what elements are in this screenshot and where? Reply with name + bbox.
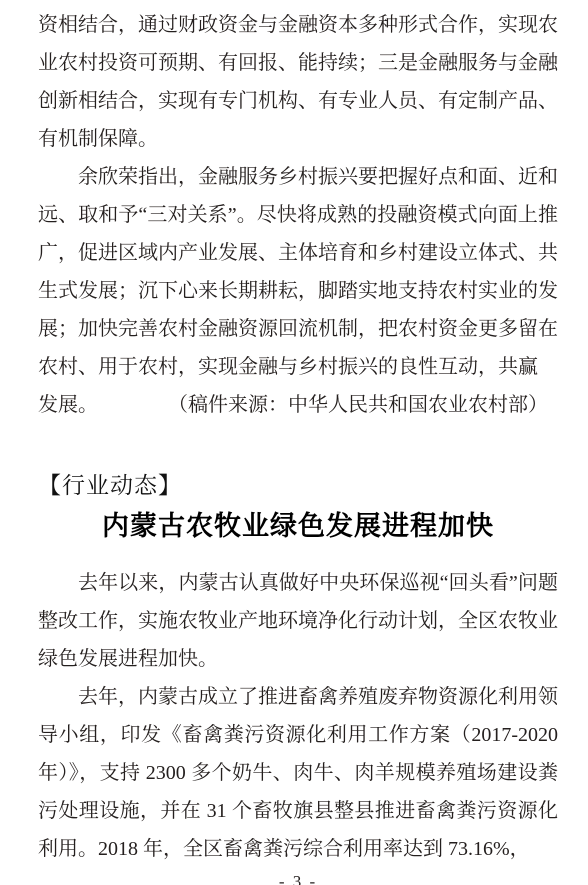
paragraph-manure-utilization-details: 去年，内蒙古成立了推进畜禽养殖废弃物资源化利用领导小组，印发《畜禽粪污资源化利用… [38, 678, 558, 868]
paragraph-last-line: 发展。 （稿件来源：中华人民共和国农业农村部） [38, 386, 558, 424]
page-number: - 3 - [38, 872, 558, 885]
section-industry-news: 【行业动态】 内蒙古农牧业绿色发展进程加快 去年以来，内蒙古认真做好中央环保巡视… [38, 466, 558, 868]
paragraph-tail-text: 发展。 [38, 386, 98, 424]
document-page: 资相结合，通过财政资金与金融资本多种形式合作，实现农业农村投资可预期、有回报、能… [0, 0, 588, 885]
article-title: 内蒙古农牧业绿色发展进程加快 [38, 506, 558, 546]
paragraph-continuation: 资相结合，通过财政资金与金融资本多种形式合作，实现农业农村投资可预期、有回报、能… [38, 6, 558, 158]
article-finance-rural-revitalization: 资相结合，通过财政资金与金融资本多种形式合作，实现农业农村投资可预期、有回报、能… [38, 6, 558, 424]
paragraph-yu-xinrong-remarks: 余欣荣指出，金融服务乡村振兴要把握好点和面、近和远、取和予“三对关系”。尽快将成… [38, 158, 558, 386]
source-credit: （稿件来源：中华人民共和国农业农村部） [168, 386, 558, 424]
paragraph-green-development-overview: 去年以来，内蒙古认真做好中央环保巡视“回头看”问题整改工作，实施农牧业产地环境净… [38, 564, 558, 678]
section-label: 【行业动态】 [38, 466, 558, 504]
